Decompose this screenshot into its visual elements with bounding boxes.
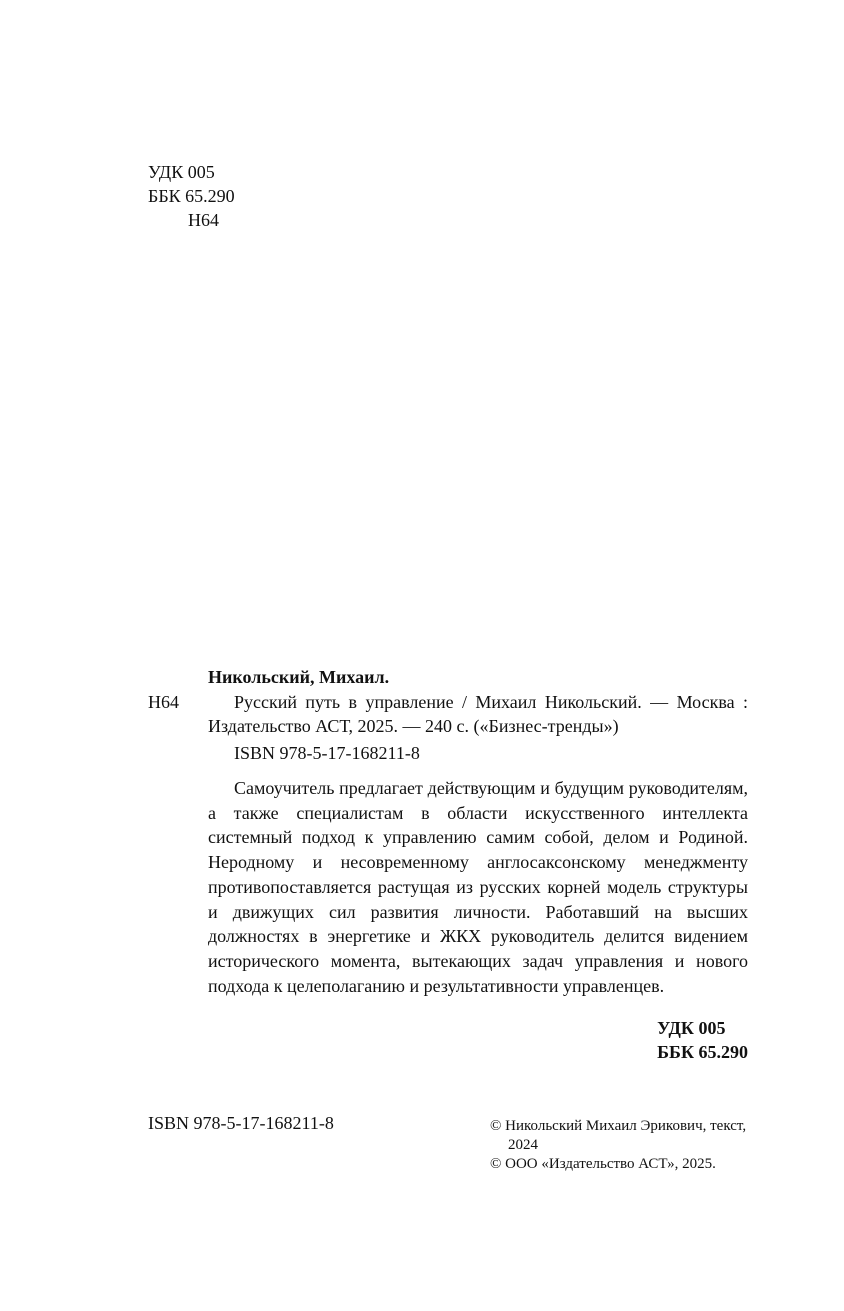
copyright-block: © Никольский Михаил Эрикович, текст, 202… xyxy=(490,1117,760,1174)
author-mark: Н64 xyxy=(148,208,235,232)
copyright-publisher: © ООО «Издательство АСТ», 2025. xyxy=(490,1155,760,1174)
bbk-code: ББК 65.290 xyxy=(148,184,235,208)
author-heading: Никольский, Михаил. xyxy=(208,667,389,688)
bbk-code-bottom: ББК 65.290 xyxy=(657,1040,748,1064)
author-mark-margin: Н64 xyxy=(148,692,179,713)
bibliographic-description: Русский путь в управление / Михаил Никол… xyxy=(208,690,748,738)
copyright-author: © Никольский Михаил Эрикович, текст, 202… xyxy=(490,1117,760,1155)
classification-codes-bottom: УДК 005 ББК 65.290 xyxy=(657,1016,748,1064)
classification-codes-top: УДК 005 ББК 65.290 Н64 xyxy=(148,160,235,232)
annotation-paragraph: Самоучитель предлагает действующим и буд… xyxy=(208,776,748,998)
udk-code-bottom: УДК 005 xyxy=(657,1016,748,1040)
udk-code: УДК 005 xyxy=(148,160,235,184)
footer-isbn: ISBN 978-5-17-168211-8 xyxy=(148,1113,334,1134)
record-isbn: ISBN 978-5-17-168211-8 xyxy=(234,743,420,764)
